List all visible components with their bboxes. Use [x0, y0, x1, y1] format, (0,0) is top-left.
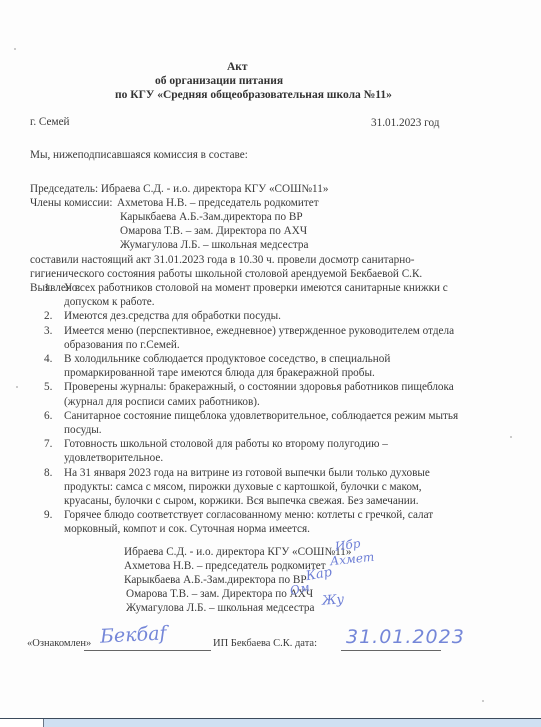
finding-item: 3.Имеется меню (перспективное, ежедневно… — [44, 324, 484, 352]
signer-line: Ибраева С.Д. - и.о. директора КГУ «СОШ№1… — [124, 545, 444, 559]
finding-text: (журнал для росписи самих работников). — [64, 395, 484, 409]
finding-number: 7. — [44, 437, 52, 451]
signer-line: Жумагулова Л.Б. – школьная медсестра — [124, 601, 444, 615]
findings-list: 1.У всех работников столовой на момент п… — [44, 281, 484, 537]
finding-number: 9. — [44, 508, 52, 522]
title-line-3: по КГУ «Средняя общеобразовательная школ… — [115, 88, 392, 103]
title-line-2: об организации питания — [155, 74, 283, 89]
finding-text: Имеется меню (перспективное, ежедневное)… — [64, 324, 484, 338]
scanned-document-page: Акт об организации питания по КГУ «Средн… — [0, 0, 541, 718]
scan-speck — [482, 700, 484, 702]
handwritten-date: 31.01.2023 — [346, 630, 465, 644]
title-line-1: Акт — [227, 60, 248, 75]
finding-item: 2.Имеются дез.средства для обработки пос… — [44, 309, 484, 323]
finding-text: На 31 января 2023 года на витрине из гот… — [64, 466, 484, 480]
finding-text: Проверены журналы: бракеражный, о состоя… — [64, 380, 484, 394]
city-label: г. Семей — [30, 115, 70, 129]
finding-text: морковный, компот и сок. Суточная норма … — [64, 522, 484, 536]
body-line: составили настоящий акт 31.01.2023 года … — [30, 253, 500, 267]
finding-text: посуды. — [64, 423, 484, 437]
finding-text: промаркированной таре имеются блюда для … — [64, 366, 484, 380]
signer-line: Ахметова Н.В. – председатель родкомитет — [124, 559, 444, 573]
finding-text: В холодильнике соблюдается продуктовое с… — [64, 352, 484, 366]
commission-member: Карыкбаева А.Б.-Зам.директора по ВР — [120, 210, 303, 224]
members-label: Члены комиссии: — [30, 196, 112, 210]
commission-member: Ахметова Н.В. – председатель родкомитет — [117, 196, 319, 210]
finding-text: образования по г.Семей. — [64, 338, 484, 352]
finding-number: 2. — [44, 309, 52, 323]
finding-text: продукты: самса с мясом, пирожки духовые… — [64, 480, 484, 494]
finding-item: 8.На 31 января 2023 года на витрине из г… — [44, 466, 484, 509]
finding-text: У всех работников столовой на момент про… — [64, 281, 484, 295]
commission-member: Жумагулова Л.Б. – школьная медсестра — [120, 238, 308, 252]
body-line: гигиенического состояния работы школьной… — [30, 267, 500, 281]
finding-number: 1. — [44, 281, 52, 295]
acknowledgement-signature: Бекбаf — [100, 626, 167, 644]
date-underline — [341, 650, 441, 651]
finding-text: допуском к работе. — [64, 295, 484, 309]
acknowledged-label: «Ознакомлен» — [27, 637, 91, 651]
finding-text: Санитарное состояние пищеблока удовлетво… — [64, 409, 484, 423]
handwritten-signature: Жу — [322, 593, 345, 609]
finding-item: 5.Проверены журналы: бракеражный, о сост… — [44, 380, 484, 408]
signature-underline — [84, 650, 211, 651]
signer-line: Карыкбаева А.Б.-Зам.директора по ВР — [124, 573, 444, 587]
finding-text: круасаны, булочки с сыром, коржики. Вся … — [64, 494, 484, 508]
document-date: 31.01.2023 год — [371, 116, 439, 130]
finding-number: 5. — [44, 380, 52, 394]
signer-line: Омарова Т.В. – зам. Директора по АХЧ — [124, 587, 444, 601]
finding-text: Готовность школьной столовой для работы … — [64, 437, 484, 451]
finding-text: Горячее блюдо соответствует согласованно… — [64, 508, 484, 522]
taskbar — [0, 718, 541, 727]
finding-number: 6. — [44, 409, 52, 423]
scan-speck — [510, 436, 512, 438]
finding-item: 9.Горячее блюдо соответствует согласован… — [44, 508, 484, 536]
finding-number: 8. — [44, 466, 52, 480]
signers-block: Ибраева С.Д. - и.о. директора КГУ «СОШ№1… — [124, 545, 444, 615]
taskbar-start-area[interactable] — [0, 719, 44, 727]
finding-text: Имеются дез.средства для обработки посуд… — [64, 309, 484, 323]
finding-number: 3. — [44, 324, 52, 338]
finding-item: 1.У всех работников столовой на момент п… — [44, 281, 484, 309]
acknowledgement-name: ИП Бекбаева С.К. дата: — [213, 637, 317, 651]
scan-speck — [14, 48, 16, 50]
scan-speck — [16, 386, 18, 388]
finding-item: 6.Санитарное состояние пищеблока удовлет… — [44, 409, 484, 437]
finding-item: 7.Готовность школьной столовой для работ… — [44, 437, 484, 465]
commission-member: Омарова Т.В. – зам. Директора по АХЧ — [120, 224, 307, 238]
commission-chair: Председатель: Ибраева С.Д. - и.о. директ… — [30, 182, 328, 196]
intro-text: Мы, нижеподписавшаяся комиссия в составе… — [30, 148, 248, 162]
finding-number: 4. — [44, 352, 52, 366]
finding-text: удовлетворительное. — [64, 451, 484, 465]
finding-item: 4.В холодильнике соблюдается продуктовое… — [44, 352, 484, 380]
